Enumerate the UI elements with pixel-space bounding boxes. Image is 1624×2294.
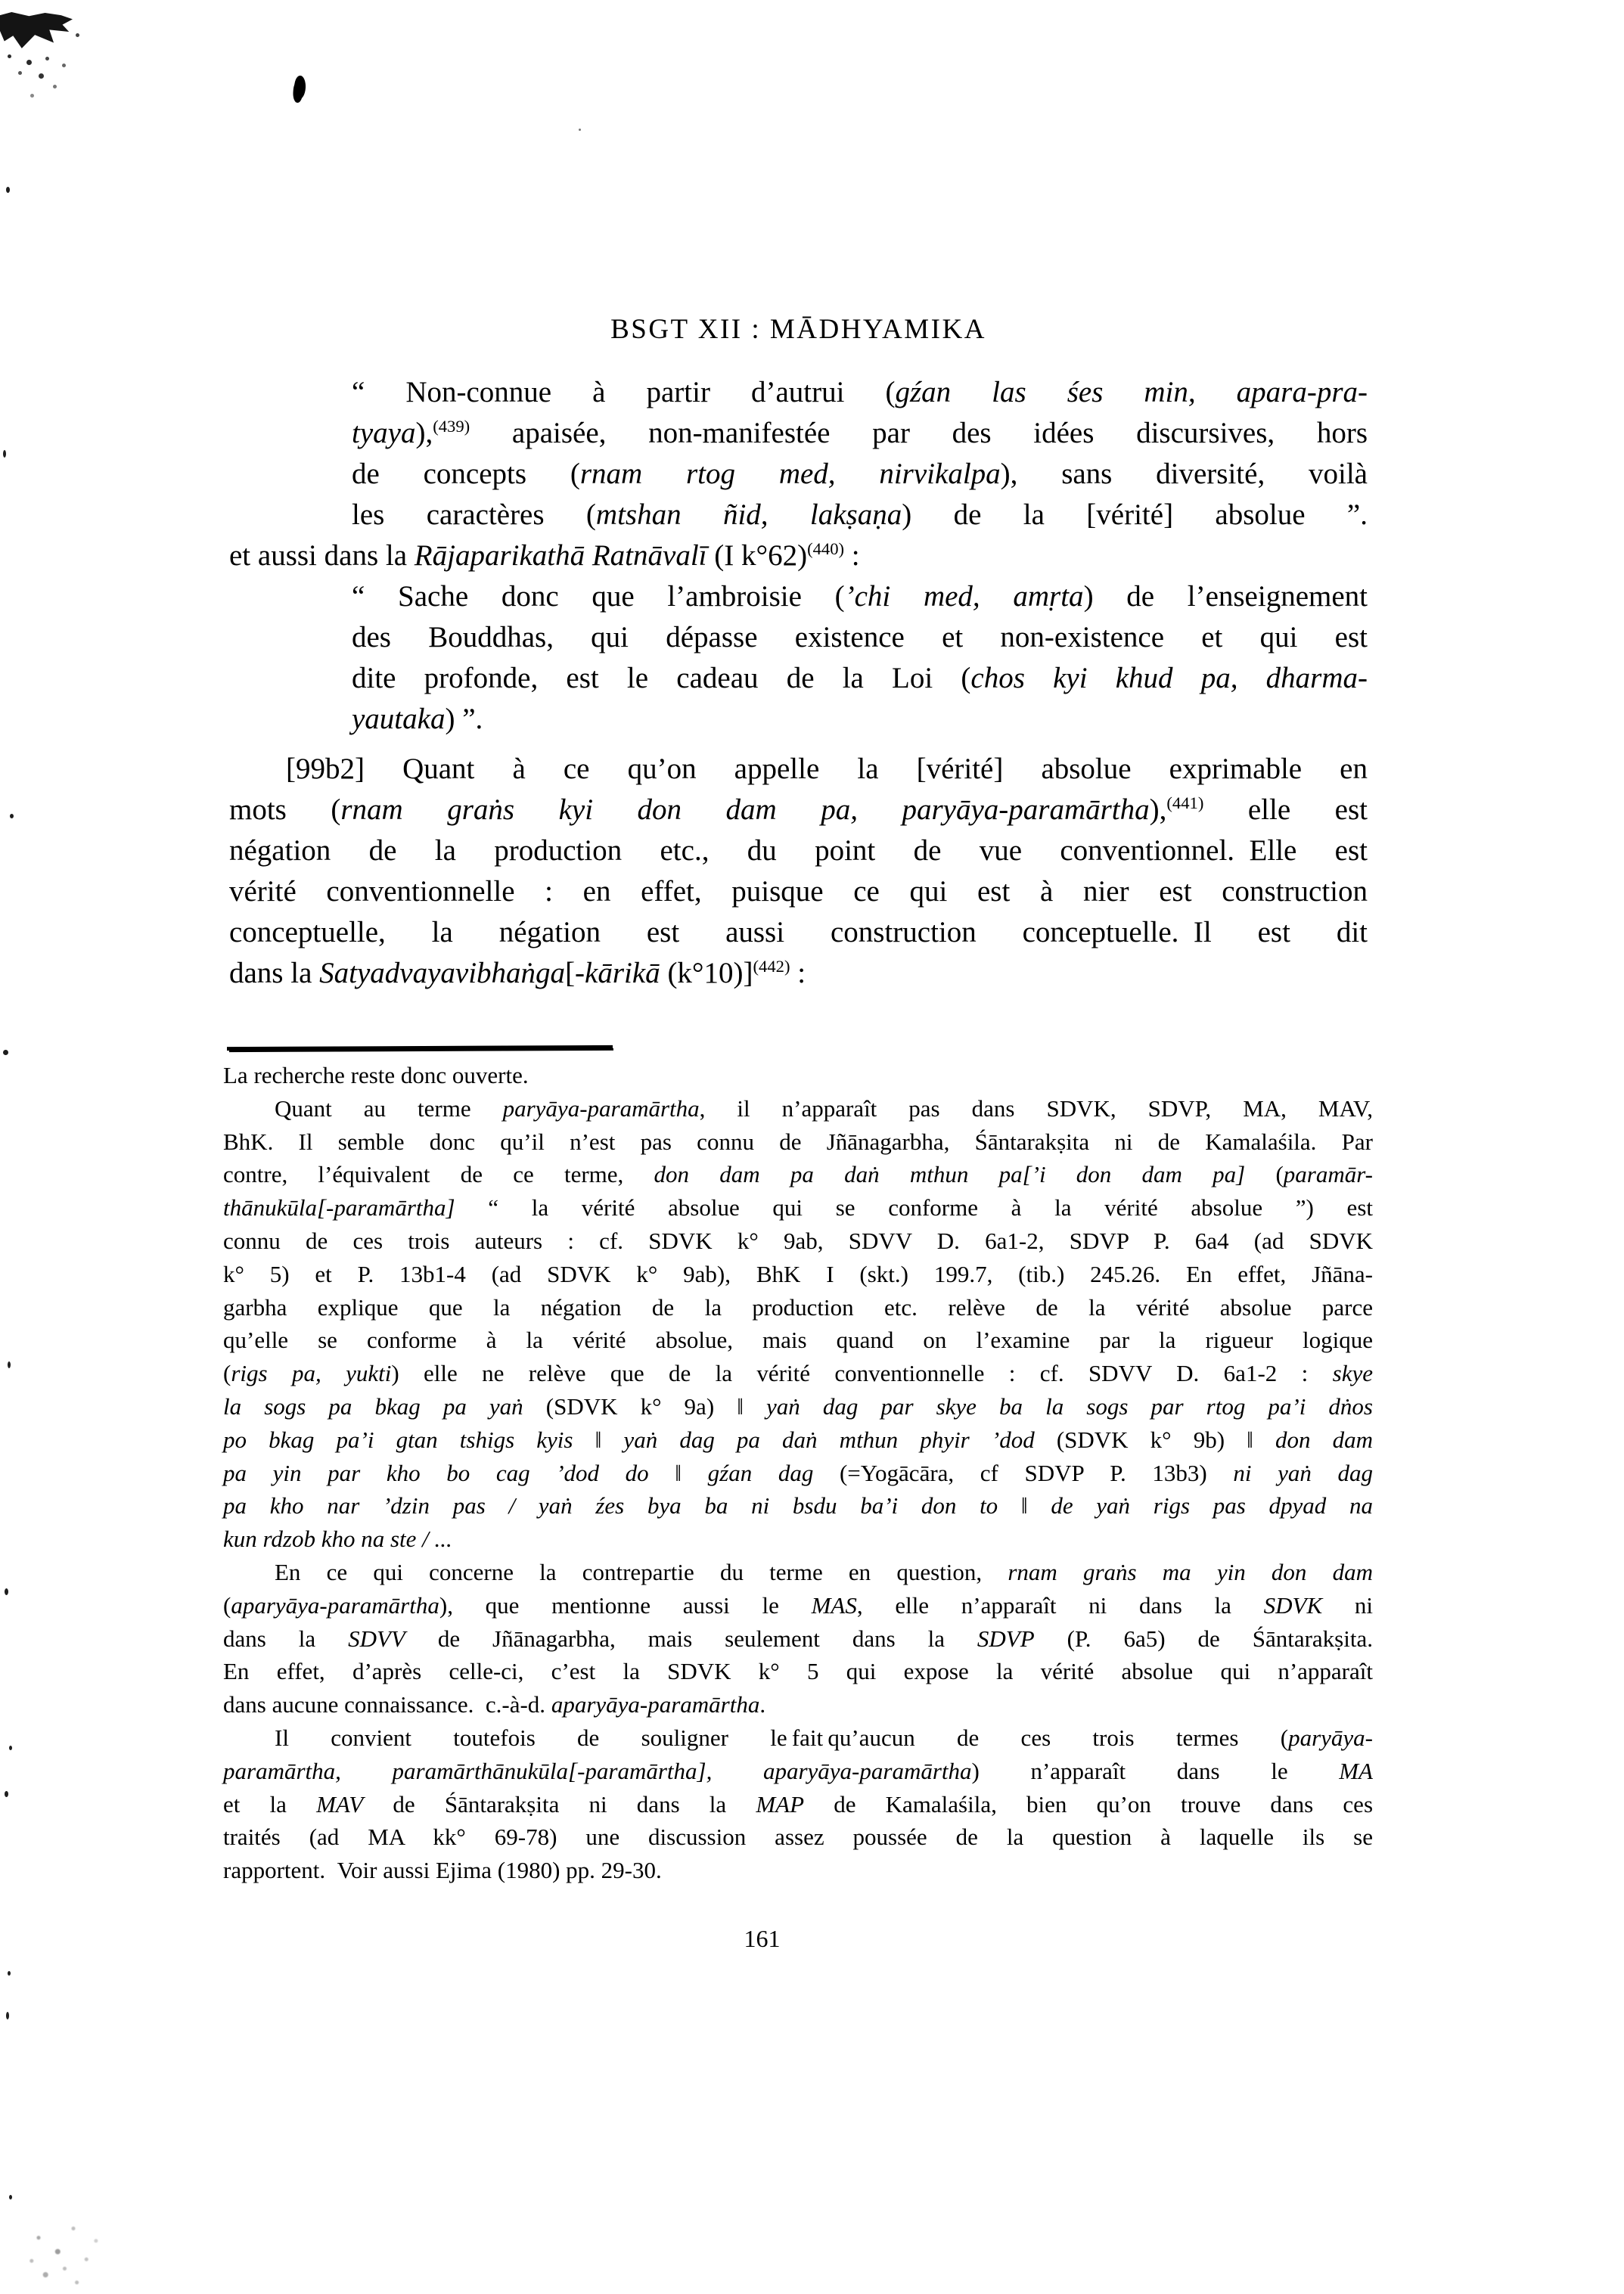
text-line: dans aucune connaissance. c.-à-d. aparyā… <box>223 1688 1373 1721</box>
scan-speck <box>3 450 6 458</box>
scan-speck <box>5 1588 8 1595</box>
text-line: kun rdzob kho na ste / ... <box>223 1523 1373 1556</box>
ink-blot <box>293 76 306 100</box>
text-line: vérité conventionnelle : en effet, puisq… <box>229 871 1368 912</box>
text-line: thānukūla[-paramārtha] “ la vérité absol… <box>223 1191 1373 1225</box>
text-line: paramārtha, paramārthānukūla[-paramārtha… <box>223 1755 1373 1788</box>
text-line: conceptuelle, la négation est aussi cons… <box>229 912 1368 953</box>
text-line: la sogs pa bkag pa yaṅ (SDVK k° 9a) ‖ ya… <box>223 1390 1373 1423</box>
scan-speck <box>9 2195 12 2199</box>
text-line: dans la SDVV de Jñānagarbha, mais seulem… <box>223 1622 1373 1656</box>
text-line: des Bouddhas, qui dépasse existence et n… <box>352 617 1368 658</box>
scan-smudge-dots <box>8 54 11 58</box>
text-line: garbha explique que la négation de la pr… <box>223 1291 1373 1324</box>
text-line: contre, l’équivalent de ce terme, don da… <box>223 1158 1373 1191</box>
main-text: “ Non-connue à partir d’autrui (gźan las… <box>229 372 1368 994</box>
text-line: po bkag pa’i gtan tshigs kyis ‖ yaṅ dag … <box>223 1423 1373 1457</box>
text-line: En ce qui concerne la contrepartie du te… <box>223 1556 1373 1589</box>
scan-speck <box>3 1050 8 1055</box>
text-line: dite profonde, est le cadeau de la Loi (… <box>352 658 1368 699</box>
text-line: Quant au terme paryāya-paramārtha, il n’… <box>223 1092 1373 1125</box>
scan-speck <box>9 1746 12 1750</box>
page-number: 161 <box>193 1925 1331 1953</box>
scan-smudge-topleft <box>0 12 73 51</box>
text-line: traités (ad MA kk° 69-78) une discussion… <box>223 1821 1373 1854</box>
text-line: et aussi dans la Rājaparikathā Ratnāvalī… <box>229 535 1368 576</box>
text-line: les caractères (mtshan ñid, lakṣaṇa) de … <box>352 495 1368 535</box>
footnote-text: La recherche reste donc ouverte.Quant au… <box>223 1059 1373 1887</box>
scan-speck <box>8 1971 11 1976</box>
scan-speck <box>6 187 10 193</box>
text-line: pa yin par kho bo cag ’dod do ‖ gźan dag… <box>223 1457 1373 1490</box>
scan-speck <box>8 1361 11 1368</box>
text-line: mots (rnam graṅs kyi don dam pa, paryāya… <box>229 790 1368 830</box>
text-line: (rigs pa, yukti) elle ne relève que de l… <box>223 1357 1373 1390</box>
scan-speck <box>10 814 14 818</box>
text-line: La recherche reste donc ouverte. <box>223 1059 1373 1092</box>
running-header: BSGT XII : MĀDHYAMIKA <box>229 313 1368 346</box>
text-line: tyaya),(439) apaisée, non-manifestée par… <box>352 413 1368 454</box>
text-line: [99b2] Quant à ce qu’on appelle la [véri… <box>229 749 1368 790</box>
text-line: dans la Satyadvayavibhaṅga[-kārikā (k°10… <box>229 953 1368 994</box>
text-line: “ Sache donc que l’ambroisie (’chi med, … <box>352 576 1368 617</box>
scan-speck <box>5 1791 8 1797</box>
scan-speck <box>579 129 581 131</box>
text-line: (aparyāya-paramārtha), que mentionne aus… <box>223 1589 1373 1622</box>
text-line: En effet, d’après celle-ci, c’est la SDV… <box>223 1655 1373 1688</box>
text-line: connu de ces trois auteurs : cf. SDVK k°… <box>223 1225 1373 1258</box>
text-line: qu’elle se conforme à la vérité absolue,… <box>223 1324 1373 1357</box>
text-line: k° 5) et P. 13b1-4 (ad SDVK k° 9ab), BhK… <box>223 1258 1373 1291</box>
text-line: pa kho nar ’dzin pas / yaṅ źes bya ba ni… <box>223 1489 1373 1523</box>
text-line: de concepts (rnam rtog med, nirvikalpa),… <box>352 454 1368 495</box>
scan-smudge-bottomleft <box>21 2215 108 2292</box>
text-line: et la MAV de Śāntarakṣita ni dans la MAP… <box>223 1788 1373 1821</box>
text-line: Il convient toutefois de souligner le fa… <box>223 1721 1373 1755</box>
book-page: BSGT XII : MĀDHYAMIKA “ Non-connue à par… <box>0 0 1624 2294</box>
text-line: négation de la production etc., du point… <box>229 830 1368 871</box>
text-line: yautaka) ”. <box>352 699 1368 740</box>
text-line: “ Non-connue à partir d’autrui (gźan las… <box>352 372 1368 413</box>
footnote-separator <box>227 1045 613 1051</box>
text-line: BhK. Il semble donc qu’il n’est pas conn… <box>223 1125 1373 1159</box>
scan-speck <box>6 2012 9 2019</box>
text-line: rapportent. Voir aussi Ejima (1980) pp. … <box>223 1854 1373 1887</box>
